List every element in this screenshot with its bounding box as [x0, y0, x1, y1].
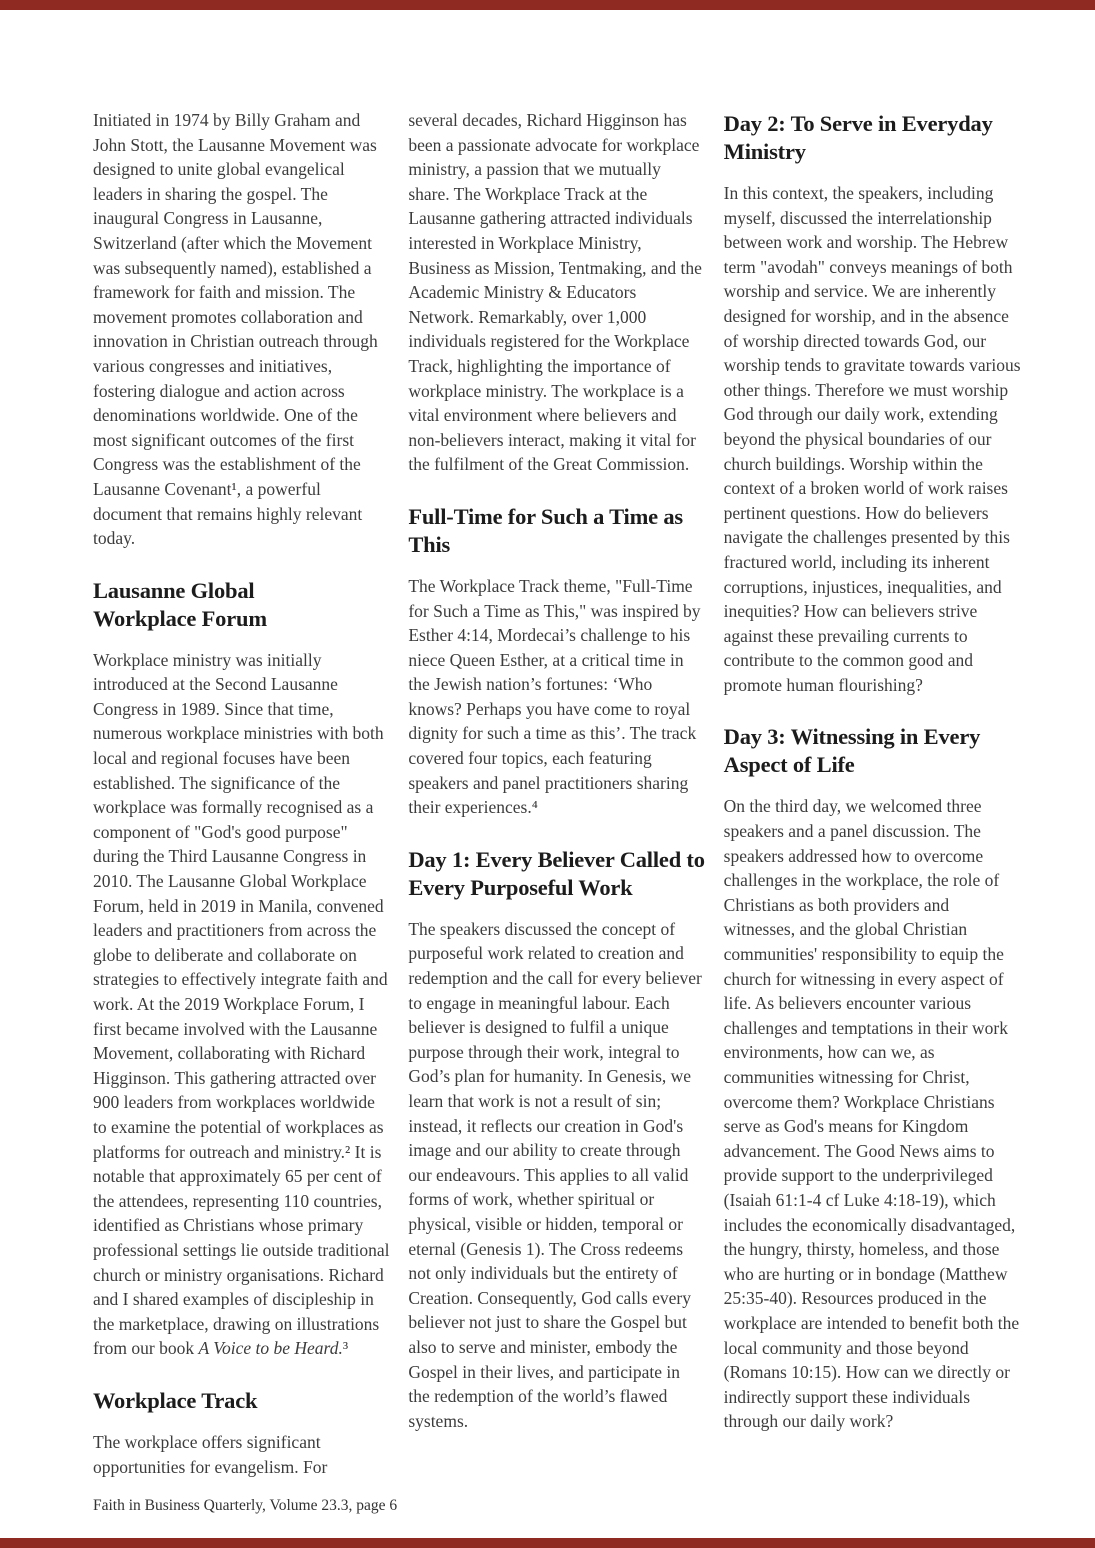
column-2: several decades, Richard Higginson has b… — [408, 108, 705, 1503]
section-heading-day3: Day 3: Witnessing in Every Aspect of Lif… — [724, 723, 1021, 779]
page-footer: Faith in Business Quarterly, Volume 23.3… — [93, 1496, 397, 1516]
section-heading-workplace-forum: Lausanne Global Workplace Forum — [93, 577, 328, 633]
paragraph-workplace-forum-text: Workplace ministry was initially introdu… — [93, 650, 389, 1359]
column-3: Day 2: To Serve in Everyday Ministry In … — [724, 108, 1021, 1503]
paragraph-day2: In this context, the speakers, including… — [724, 181, 1021, 697]
section-heading-full-time: Full-Time for Such a Time as This — [408, 503, 705, 559]
paragraph-workplace-track: The workplace offers significant opportu… — [93, 1430, 390, 1479]
section-heading-workplace-track: Workplace Track — [93, 1387, 390, 1415]
paragraph-day3: On the third day, we welcomed three spea… — [724, 794, 1021, 1433]
section-heading-day2: Day 2: To Serve in Everyday Ministry — [724, 110, 1021, 166]
column-1: Initiated in 1974 by Billy Graham and Jo… — [93, 108, 390, 1503]
footnote-ref-3: ³ — [343, 1338, 348, 1358]
paragraph-lausanne-intro: Initiated in 1974 by Billy Graham and Jo… — [93, 108, 390, 551]
top-accent-bar — [0, 0, 1095, 10]
paragraph-full-time: The Workplace Track theme, "Full-Time fo… — [408, 574, 705, 820]
book-title-a-voice-to-be-heard: A Voice to be Heard. — [198, 1338, 342, 1358]
paragraph-day1: The speakers discussed the concept of pu… — [408, 917, 705, 1433]
paragraph-track-continuation: several decades, Richard Higginson has b… — [408, 108, 705, 477]
paragraph-workplace-forum: Workplace ministry was initially introdu… — [93, 648, 390, 1361]
section-heading-day1: Day 1: Every Believer Called to Every Pu… — [408, 846, 705, 902]
bottom-accent-bar — [0, 1538, 1095, 1548]
article-body: Initiated in 1974 by Billy Graham and Jo… — [93, 108, 1021, 1503]
